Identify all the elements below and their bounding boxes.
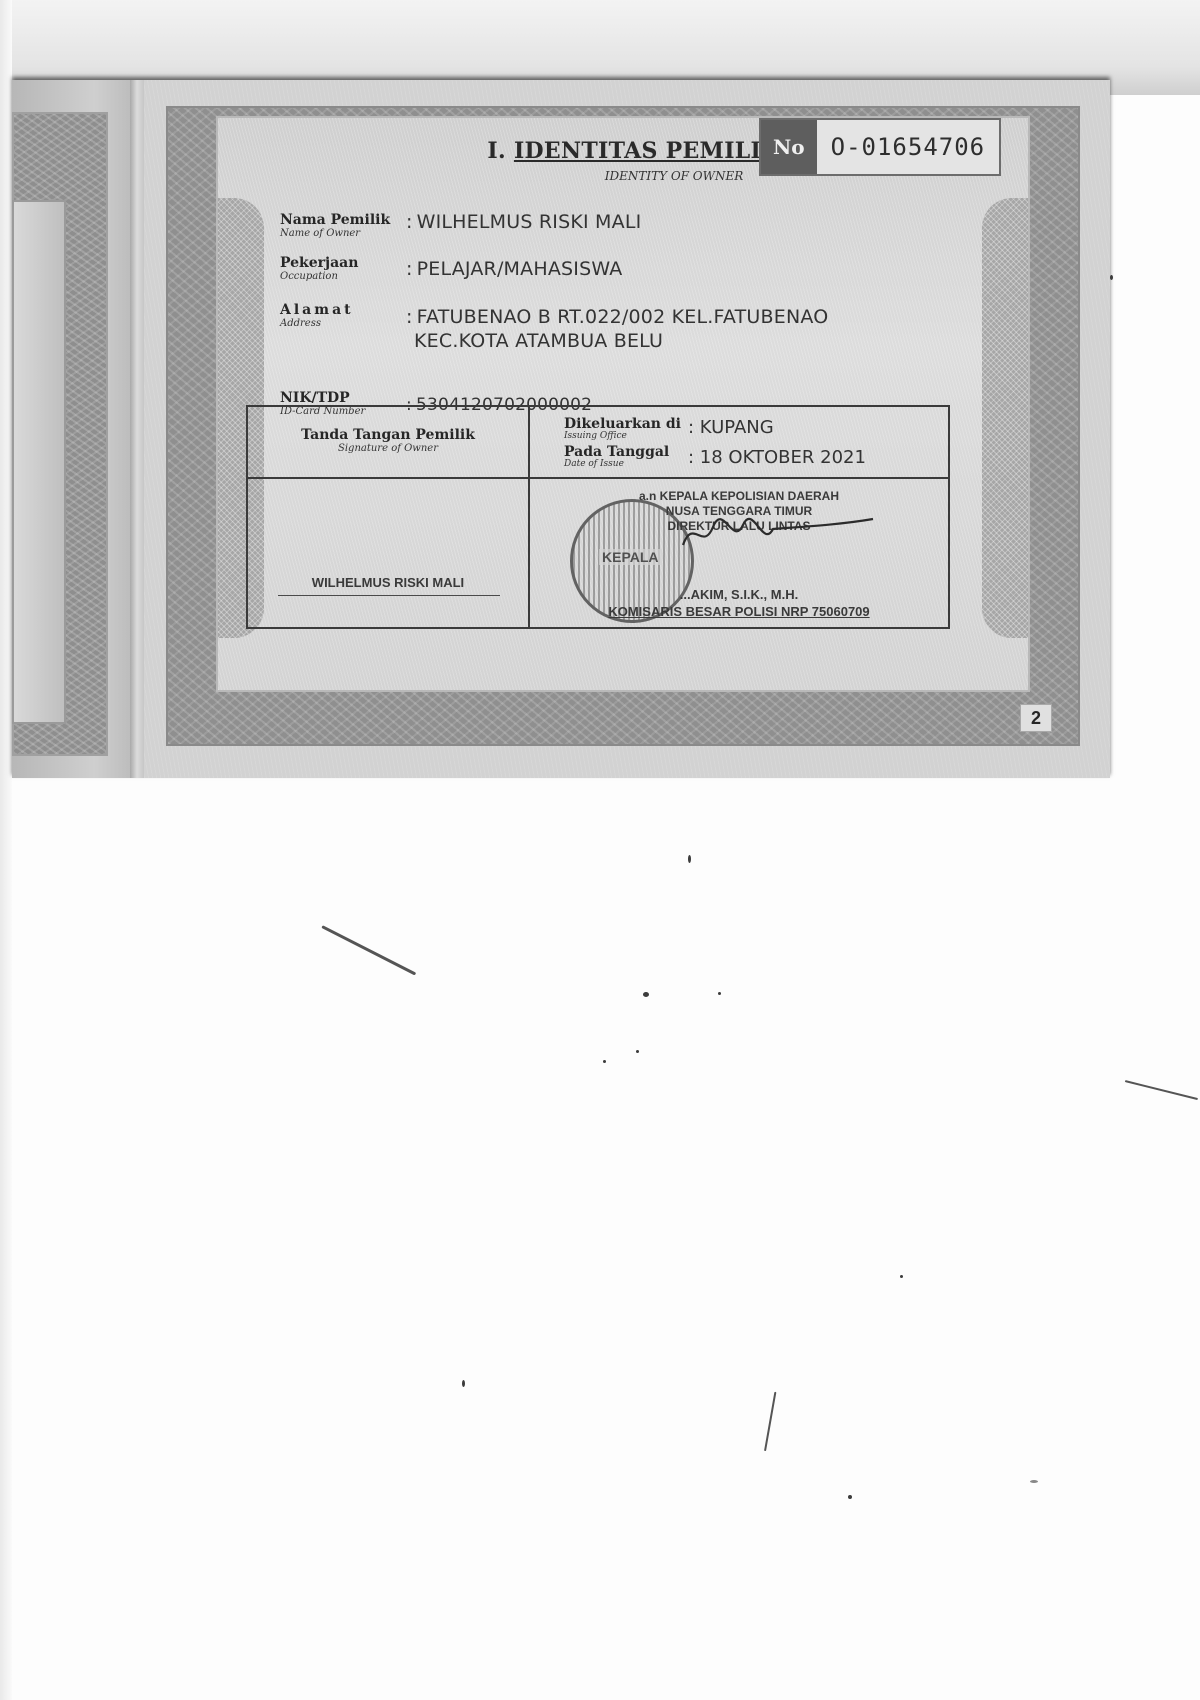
issue-date-value: : 18 OKTOBER 2021 [688,447,866,468]
identity-page: 2 I. IDENTITAS PEMILIK IDENTITY OF OWNER… [144,80,1110,778]
issue-date-text: 18 OKTOBER 2021 [700,447,866,468]
issuing-office-sublabel: Issuing Office [564,431,681,441]
occupation-value: :PELAJAR/MAHASISWA [406,257,623,281]
owner-signature-label: Tanda Tangan Pemilik [248,427,528,443]
page-title: I. IDENTITAS PEMILIK [464,138,804,164]
official-signature [678,507,878,557]
booklet-spine [130,80,144,778]
scan-speck [688,855,691,863]
scan-speck [1030,1480,1038,1483]
address-line-2: KEC.KOTA ATAMBUA BELU [406,329,828,353]
serial-number: O-01654706 [817,120,1000,174]
owner-name-label-group: Nama Pemilik Name of Owner [280,213,390,239]
owner-printed-name: WILHELMUS RISKI MALI [278,575,498,590]
occupation-text: PELAJAR/MAHASISWA [417,258,623,280]
scan-debris-hair [1125,1080,1198,1100]
owner-name-label: Nama Pemilik [280,213,390,228]
scan-debris-hair [321,925,416,975]
address-label: Alamat [280,303,354,318]
signature-table: Tanda Tangan Pemilik Signature of Owner … [246,405,950,629]
scan-speck [603,1060,606,1063]
section-title: IDENTITAS PEMILIK [514,138,781,164]
section-number: I. [487,138,506,164]
issuing-office-label: Dikeluarkan di [564,417,681,431]
authority-line-1: a.n KEPALA KEPOLISIAN DAERAH [530,489,948,504]
stamp-text: KEPALA [599,549,662,565]
owner-signature-line [278,595,500,596]
issuing-office-value: : KUPANG [688,417,774,438]
scan-speck [462,1380,465,1387]
issue-date-label-group: Pada Tanggal Date of Issue [564,445,669,469]
scan-speck [900,1275,903,1278]
address-sublabel: Address [280,318,354,329]
left-page [12,80,130,778]
owner-name-text: WILHELMUS RISKI MALI [417,211,642,233]
left-page-inner-panel [12,200,66,724]
address-value: :FATUBENAO B RT.022/002 KEL.FATUBENAO KE… [406,305,828,353]
address-label-group: Alamat Address [280,303,354,329]
issuing-office-text: KUPANG [700,417,774,438]
owner-name-value: :WILHELMUS RISKI MALI [406,210,641,234]
wave-ornament-right [982,198,1028,638]
address-line-1: FATUBENAO B RT.022/002 KEL.FATUBENAO [417,306,829,328]
table-divider-horizontal [248,477,948,479]
scan-speck [718,992,721,995]
owner-name-sublabel: Name of Owner [280,228,390,239]
serial-label: No [761,120,817,174]
occupation-sublabel: Occupation [280,271,358,282]
occupation-label-group: Pekerjaan Occupation [280,256,358,282]
signatory-name: ...AKIM, S.I.K., M.H. [530,587,948,602]
scan-left-edge [0,0,12,1700]
issue-date-label: Pada Tanggal [564,445,669,459]
occupation-label: Pekerjaan [280,256,358,271]
signatory-rank: KOMISARIS BESAR POLISI NRP 75060709 [530,604,948,619]
scan-speck [643,992,649,997]
nik-label: NIK/TDP [280,391,365,406]
owner-signature-sublabel: Signature of Owner [248,443,528,454]
bpkb-booklet: 2 I. IDENTITAS PEMILIK IDENTITY OF OWNER… [12,80,1110,778]
scan-debris-hair [764,1392,776,1451]
issuing-office-label-group: Dikeluarkan di Issuing Office [564,417,681,441]
page-number: 2 [1020,704,1052,732]
scan-speck [636,1050,639,1053]
owner-signature-header: Tanda Tangan Pemilik Signature of Owner [248,427,528,454]
scan-speck [848,1495,852,1499]
serial-number-box: No O-01654706 [759,118,1001,176]
issue-date-sublabel: Date of Issue [564,459,669,469]
scan-speck [1110,275,1113,280]
